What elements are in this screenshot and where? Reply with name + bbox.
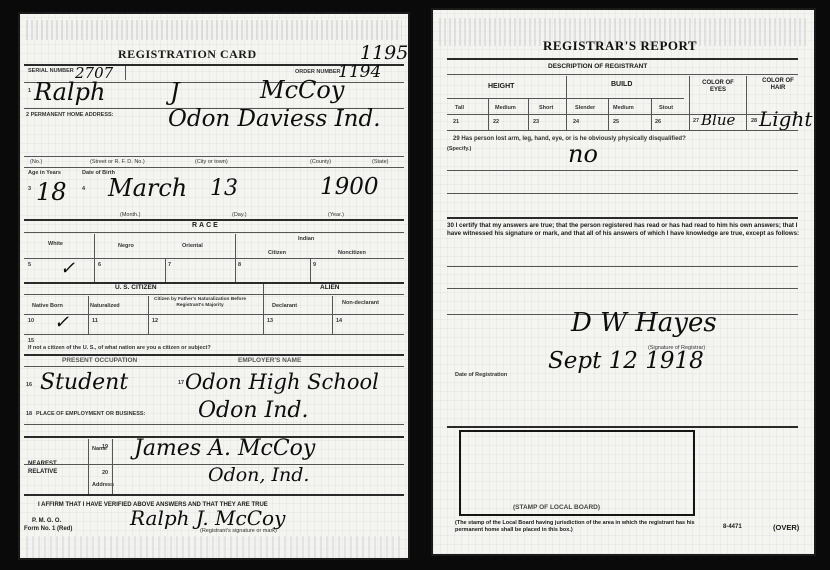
disqualification-answer: no [568, 140, 598, 168]
age-label: Age in Years [28, 170, 61, 176]
employer-header: EMPLOYER'S NAME [238, 357, 301, 364]
report-title: REGISTRAR'S REPORT [543, 38, 697, 54]
dob-day: 13 [210, 176, 238, 201]
registrars-report-back: REGISTRAR'S REPORT DESCRIPTION OF REGIST… [431, 8, 816, 556]
over-label: (OVER) [773, 523, 799, 532]
stamp-note: (The stamp of the Local Board having jur… [455, 520, 700, 534]
eye-color-header: COLOR OF EYES [698, 80, 738, 94]
occupation: Student [40, 370, 128, 395]
race-header: RACE [192, 222, 220, 229]
order-number-label: ORDER NUMBER [295, 69, 341, 75]
first-name: Ralph [34, 78, 105, 106]
hair-color-header: COLOR OF HAIR [758, 78, 798, 92]
address-label: 2 PERMANENT HOME ADDRESS: [26, 112, 114, 118]
last-name: McCoy [260, 76, 344, 104]
employment-place-label: PLACE OF EMPLOYMENT OR BUSINESS: [36, 411, 145, 417]
native-born-check: ✓ [54, 312, 69, 333]
serial-number-label: SERIAL NUMBER [28, 68, 74, 74]
order-number: 1194 [338, 62, 381, 82]
relative-address: Odon, Ind. [208, 464, 309, 486]
nationality-question: If not a citizen of the U. S., of what n… [28, 345, 211, 351]
date-of-registration: Sept 12 1918 [548, 348, 704, 374]
description-header: DESCRIPTION OF REGISTRANT [548, 63, 647, 70]
dob-year: 1900 [320, 174, 379, 200]
alien-header: ALIEN [320, 284, 340, 291]
employment-place: Odon Ind. [198, 398, 308, 423]
registrar-signature: D W Hayes [571, 308, 717, 338]
stamp-label: (STAMP OF LOCAL BOARD) [513, 504, 600, 511]
card-number-top: 1195 [360, 42, 408, 64]
race-white-check: ✓ [60, 258, 75, 279]
middle-initial: J [170, 78, 180, 106]
eye-color: Blue [701, 111, 735, 129]
faded-header-text [26, 20, 402, 40]
certification-text: 30 I certify that my answers are true; t… [447, 222, 802, 237]
build-header: BUILD [611, 81, 632, 88]
relative-name: James A. McCoy [134, 436, 315, 461]
registration-card-front: REGISTRATION CARD 1195 SERIAL NUMBER 270… [18, 12, 410, 560]
age: 18 [36, 178, 67, 206]
home-address: Odon Daviess Ind. [168, 106, 381, 132]
form-code: P. M. G. O. [32, 518, 61, 524]
occupation-header: PRESENT OCCUPATION [62, 357, 137, 364]
date-of-registration-label: Date of Registration [455, 372, 507, 378]
hair-color: Light [759, 107, 812, 131]
nearest-relative-label: NEAREST RELATIVE [28, 460, 78, 476]
form-number: Form No. 1 (Red) [24, 526, 72, 532]
registrant-signature: Ralph J. McCoy [130, 506, 285, 530]
employer-name: Odon High School [185, 370, 379, 394]
dob-month: March [108, 174, 187, 202]
height-header: HEIGHT [488, 83, 514, 90]
us-citizen-header: U. S. CITIZEN [115, 284, 157, 291]
form-reference: 8-4471 [723, 524, 742, 530]
card-title: REGISTRATION CARD [118, 47, 257, 62]
